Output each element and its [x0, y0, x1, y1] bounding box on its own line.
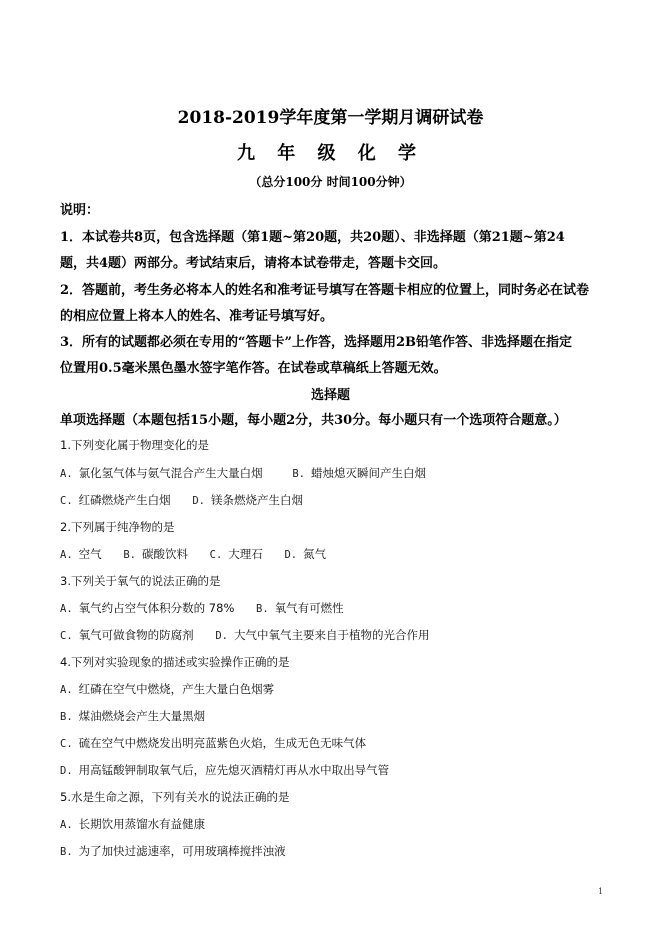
option-text: 红磷燃烧产生白烟 — [79, 493, 171, 507]
option-text: 碳酸饮料 — [142, 547, 188, 561]
option: A.长期饮用蒸馏水有益健康 — [60, 816, 205, 832]
section-heading: 选择题 — [0, 384, 661, 403]
instruction-line: 题，共4题）两部分。考试结束后，请将本试卷带走，答题卡交回。 — [60, 252, 446, 271]
option-label: A. — [60, 819, 73, 831]
question-stem: 5.水是生命之源，下列有关水的说法正确的是 — [60, 789, 289, 805]
option-row: A.氧气约占空气体积分数的 78% B.氧气有可燃性 — [60, 600, 344, 616]
option-label: B. — [292, 468, 305, 480]
option: A.氯化氢气体与氨气混合产生大量白烟 — [60, 465, 263, 481]
option-label: C. — [60, 630, 73, 642]
option: B.煤油燃烧会产生大量黑烟 — [60, 708, 205, 724]
option-row: A.空气 B.碳酸饮料 C.大理石 D.氮气 — [60, 546, 326, 562]
option-label: C. — [210, 549, 223, 561]
option: C.大理石 — [210, 546, 263, 562]
option: D.用高锰酸钾制取氧气后，应先熄灭酒精灯再从水中取出导气管 — [60, 762, 389, 778]
option: D.氮气 — [284, 546, 326, 562]
option-text: 蜡烛熄灭瞬间产生白烟 — [311, 466, 426, 480]
option-label: C. — [60, 738, 73, 750]
option: D.镁条燃烧产生白烟 — [192, 492, 303, 508]
option-text: 煤油燃烧会产生大量黑烟 — [79, 709, 206, 723]
option-label: D. — [215, 630, 228, 642]
option-text: 为了加快过滤速率，可用玻璃棒搅拌浊液 — [79, 844, 286, 858]
exam-page: 2018-2019学年度第一学期月调研试卷 九 年 级 化 学 （总分100分 … — [0, 0, 661, 935]
option-text: 用高锰酸钾制取氧气后，应先熄灭酒精灯再从水中取出导气管 — [79, 763, 390, 777]
question-stem: 3.下列关于氧气的说法正确的是 — [60, 573, 220, 589]
option-text: 长期饮用蒸馏水有益健康 — [79, 817, 206, 831]
instruction-line: 2．答题前，考生务必将本人的姓名和准考证号填写在答题卡相应的位置上，同时务必在试… — [60, 279, 589, 298]
option-text: 氯化氢气体与氨气混合产生大量白烟 — [79, 466, 263, 480]
option: C.红磷燃烧产生白烟 — [60, 492, 171, 508]
option-label: A. — [60, 603, 73, 615]
option: A.氧气约占空气体积分数的 78% — [60, 600, 234, 616]
option-row: B.煤油燃烧会产生大量黑烟 — [60, 708, 205, 724]
exam-subject: 九 年 级 化 学 — [0, 139, 661, 165]
option: C.氧气可做食物的防腐剂 — [60, 627, 194, 643]
question-stem: 1.下列变化属于物理变化的是 — [60, 437, 209, 453]
option-text: 镁条燃烧产生白烟 — [211, 493, 303, 507]
option-row: A.氯化氢气体与氨气混合产生大量白烟 B.蜡烛熄灭瞬间产生白烟 — [60, 465, 426, 481]
option-label: C. — [60, 495, 73, 507]
option-label: B. — [60, 846, 73, 858]
option-label: B. — [60, 711, 73, 723]
instruction-line: 1．本试卷共8页，包含选择题（第1题~第20题，共20题）、非选择题（第21题~… — [60, 226, 565, 245]
option: B.为了加快过滤速率，可用玻璃棒搅拌浊液 — [60, 843, 286, 859]
option-text: 红磷在空气中燃烧，产生大量白色烟雾 — [79, 682, 275, 696]
option-label: D. — [284, 549, 297, 561]
option-label: D. — [192, 495, 205, 507]
option-row: A.红磷在空气中燃烧，产生大量白色烟雾 — [60, 681, 274, 697]
question-stem: 4.下列对实验现象的描述或实验操作正确的是 — [60, 654, 289, 670]
option-label: A. — [60, 684, 73, 696]
option: B.氧气有可燃性 — [256, 600, 344, 616]
question-stem: 2.下列属于纯净物的是 — [60, 519, 174, 535]
option-label: A. — [60, 549, 73, 561]
option: D.大气中氧气主要来自于植物的光合作用 — [215, 627, 429, 643]
page-number: 1 — [598, 887, 603, 896]
option-text: 氧气可做食物的防腐剂 — [79, 628, 194, 642]
option-label: B. — [256, 603, 269, 615]
option-text: 氧气约占空气体积分数的 78% — [79, 601, 235, 615]
option-row: A.长期饮用蒸馏水有益健康 — [60, 816, 205, 832]
instruction-line: 的相应位置上将本人的姓名、准考证号填写好。 — [60, 305, 333, 324]
instructions-heading: 说明： — [60, 199, 99, 218]
option-text: 氮气 — [303, 547, 326, 561]
option-text: 氧气有可燃性 — [275, 601, 344, 615]
section-subheading: 单项选择题（本题包括15小题，每小题2分，共30分。每小题只有一个选项符合题意。… — [60, 409, 567, 428]
option-label: D. — [60, 765, 73, 777]
instruction-line: 位置用0.5毫米黑色墨水签字笔作答。在试卷或草稿纸上答题无效。 — [60, 357, 447, 376]
option: B.蜡烛熄灭瞬间产生白烟 — [292, 465, 426, 481]
option-row: C.红磷燃烧产生白烟 D.镁条燃烧产生白烟 — [60, 492, 303, 508]
option-text: 空气 — [79, 547, 102, 561]
option-row: C.氧气可做食物的防腐剂 D.大气中氧气主要来自于植物的光合作用 — [60, 627, 429, 643]
exam-title: 2018-2019学年度第一学期月调研试卷 — [0, 103, 661, 128]
option-text: 硫在空气中燃烧发出明亮蓝紫色火焰，生成无色无味气体 — [79, 736, 367, 750]
instruction-line: 3．所有的试题都必须在专用的“答题卡”上作答，选择题用2B铅笔作答、非选择题在指… — [60, 331, 572, 350]
option-label: B. — [123, 549, 136, 561]
option-text: 大理石 — [228, 547, 263, 561]
option: C.硫在空气中燃烧发出明亮蓝紫色火焰，生成无色无味气体 — [60, 735, 366, 751]
option: A.红磷在空气中燃烧，产生大量白色烟雾 — [60, 681, 274, 697]
option-label: A. — [60, 468, 73, 480]
option: A.空气 — [60, 546, 102, 562]
option: B.碳酸饮料 — [123, 546, 188, 562]
option-text: 大气中氧气主要来自于植物的光合作用 — [234, 628, 430, 642]
option-row: B.为了加快过滤速率，可用玻璃棒搅拌浊液 — [60, 843, 286, 859]
option-row: D.用高锰酸钾制取氧气后，应先熄灭酒精灯再从水中取出导气管 — [60, 762, 389, 778]
exam-meta: （总分100分 时间100分钟） — [0, 173, 661, 190]
option-row: C.硫在空气中燃烧发出明亮蓝紫色火焰，生成无色无味气体 — [60, 735, 366, 751]
